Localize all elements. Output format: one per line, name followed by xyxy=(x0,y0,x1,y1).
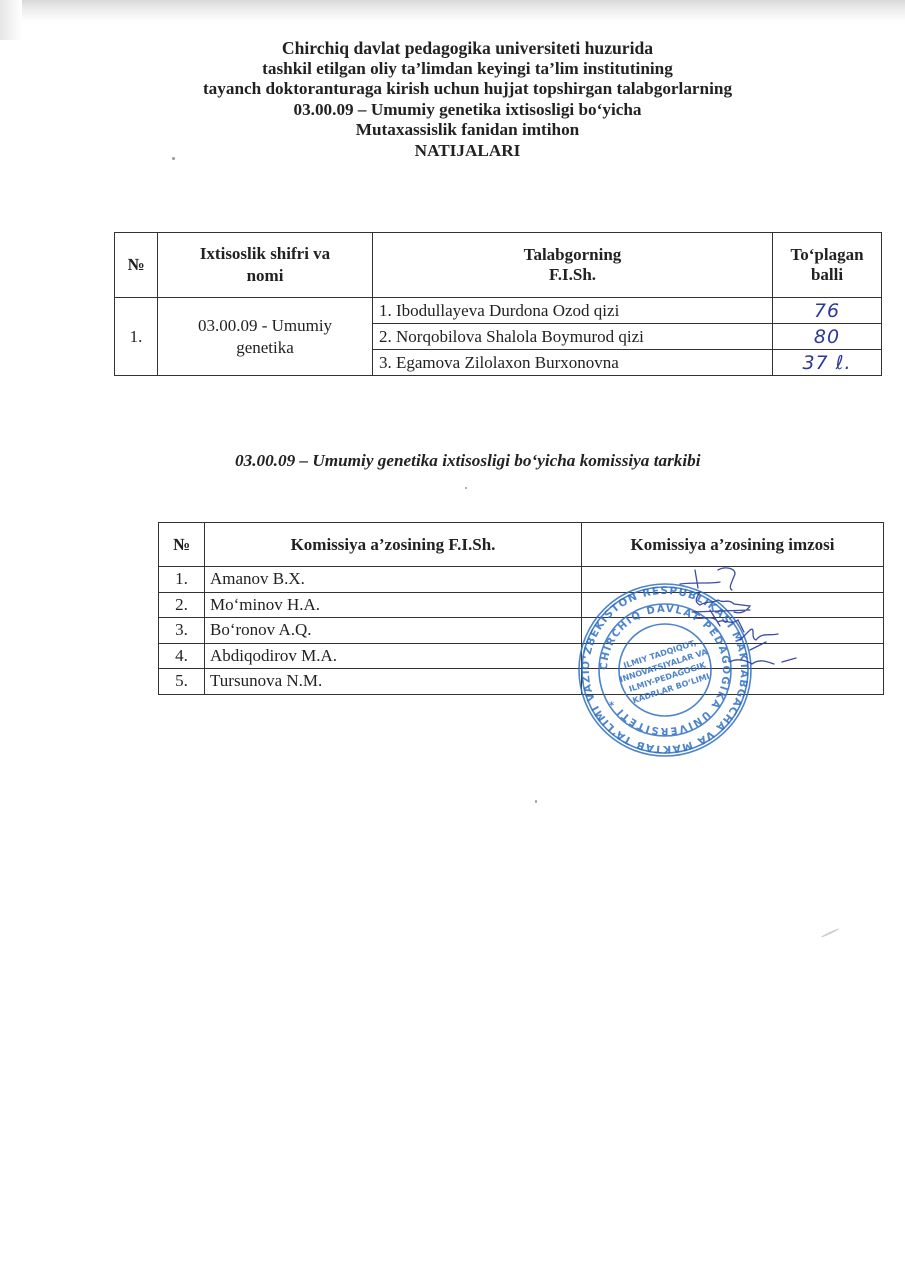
header-applicant-line2: F.I.Sh. xyxy=(549,265,596,284)
title-line-1: Chirchiq davlat pedagogika universiteti … xyxy=(30,38,905,59)
header-member-name: Komissiya a’zosining F.I.Sh. xyxy=(205,523,582,567)
member-num: 4. xyxy=(159,643,205,669)
title-line-2: tashkil etilgan oliy ta’limdan keyingi t… xyxy=(30,59,905,80)
commission-header-row: № Komissiya a’zosining F.I.Sh. Komissiya… xyxy=(159,523,884,567)
title-line-6: NATIJALARI xyxy=(30,141,905,162)
header-signature: Komissiya a’zosining imzosi xyxy=(582,523,884,567)
header-num: № xyxy=(159,523,205,567)
member-name: Mo‘minov H.A. xyxy=(205,592,582,618)
header-specialty: Ixtisoslik shifri va nomi xyxy=(158,233,373,298)
applicant-name: 1. Ibodullayeva Durdona Ozod qizi xyxy=(373,298,773,324)
applicant-name: 2. Norqobilova Shalola Boymurod qizi xyxy=(373,324,773,350)
member-name: Tursunova N.M. xyxy=(205,669,582,695)
table-row: 5. Tursunova N.M. xyxy=(159,669,884,695)
handwritten-score: 80 xyxy=(814,326,840,348)
scan-speck xyxy=(465,487,467,489)
member-num: 3. xyxy=(159,618,205,644)
table-row: 2. Mo‘minov H.A. xyxy=(159,592,884,618)
title-line-5: Mutaxassislik fanidan imtihon xyxy=(30,120,905,141)
header-applicant-line1: Talabgorning xyxy=(524,245,622,264)
table-row: 3. Bo‘ronov A.Q. xyxy=(159,618,884,644)
group-specialty-line1: 03.00.09 - Umumiy xyxy=(198,316,332,335)
header-score-line1: To‘plagan xyxy=(790,245,863,264)
member-name: Bo‘ronov A.Q. xyxy=(205,618,582,644)
header-score: To‘plagan balli xyxy=(773,233,882,298)
commission-heading: 03.00.09 – Umumiy genetika ixtisosligi b… xyxy=(235,451,701,471)
applicant-score: 76 xyxy=(773,298,882,324)
member-name: Amanov B.X. xyxy=(205,567,582,593)
title-line-3: tayanch doktoranturaga kirish uchun hujj… xyxy=(30,79,905,100)
results-header-row: № Ixtisoslik shifri va nomi Talabgorning… xyxy=(115,233,882,298)
scan-edge xyxy=(0,0,22,40)
header-applicant: Talabgorning F.I.Sh. xyxy=(373,233,773,298)
member-num: 2. xyxy=(159,592,205,618)
member-signature xyxy=(582,592,884,618)
member-signature xyxy=(582,567,884,593)
member-signature xyxy=(582,643,884,669)
member-signature xyxy=(582,618,884,644)
applicant-score: 80 xyxy=(773,324,882,350)
table-row: 1. 03.00.09 - Umumiy genetika 1. Ibodull… xyxy=(115,298,882,324)
handwritten-score: 76 xyxy=(814,300,840,322)
member-num: 1. xyxy=(159,567,205,593)
handwritten-score: 37 ℓ. xyxy=(802,352,851,374)
document-title: Chirchiq davlat pedagogika universiteti … xyxy=(0,38,905,162)
member-num: 5. xyxy=(159,669,205,695)
commission-table: № Komissiya a’zosining F.I.Sh. Komissiya… xyxy=(158,522,884,695)
member-signature xyxy=(582,669,884,695)
member-name: Abdiqodirov M.A. xyxy=(205,643,582,669)
scan-speck xyxy=(535,800,537,803)
table-row: 4. Abdiqodirov M.A. xyxy=(159,643,884,669)
results-table: № Ixtisoslik shifri va nomi Talabgorning… xyxy=(114,232,882,376)
header-score-line2: balli xyxy=(811,265,843,284)
header-specialty-line1: Ixtisoslik shifri va xyxy=(200,244,330,263)
scan-shadow xyxy=(0,0,905,22)
group-specialty: 03.00.09 - Umumiy genetika xyxy=(158,298,373,376)
header-specialty-line2: nomi xyxy=(247,266,284,285)
scan-speck xyxy=(172,157,175,160)
table-row: 1. Amanov B.X. xyxy=(159,567,884,593)
applicant-name: 3. Egamova Zilolaxon Burxonovna xyxy=(373,350,773,376)
group-specialty-line2: genetika xyxy=(236,338,294,357)
applicant-score: 37 ℓ. xyxy=(773,350,882,376)
scan-mark xyxy=(821,928,840,938)
header-num: № xyxy=(115,233,158,298)
group-num: 1. xyxy=(115,298,158,376)
title-line-4: 03.00.09 – Umumiy genetika ixtisosligi b… xyxy=(30,100,905,121)
